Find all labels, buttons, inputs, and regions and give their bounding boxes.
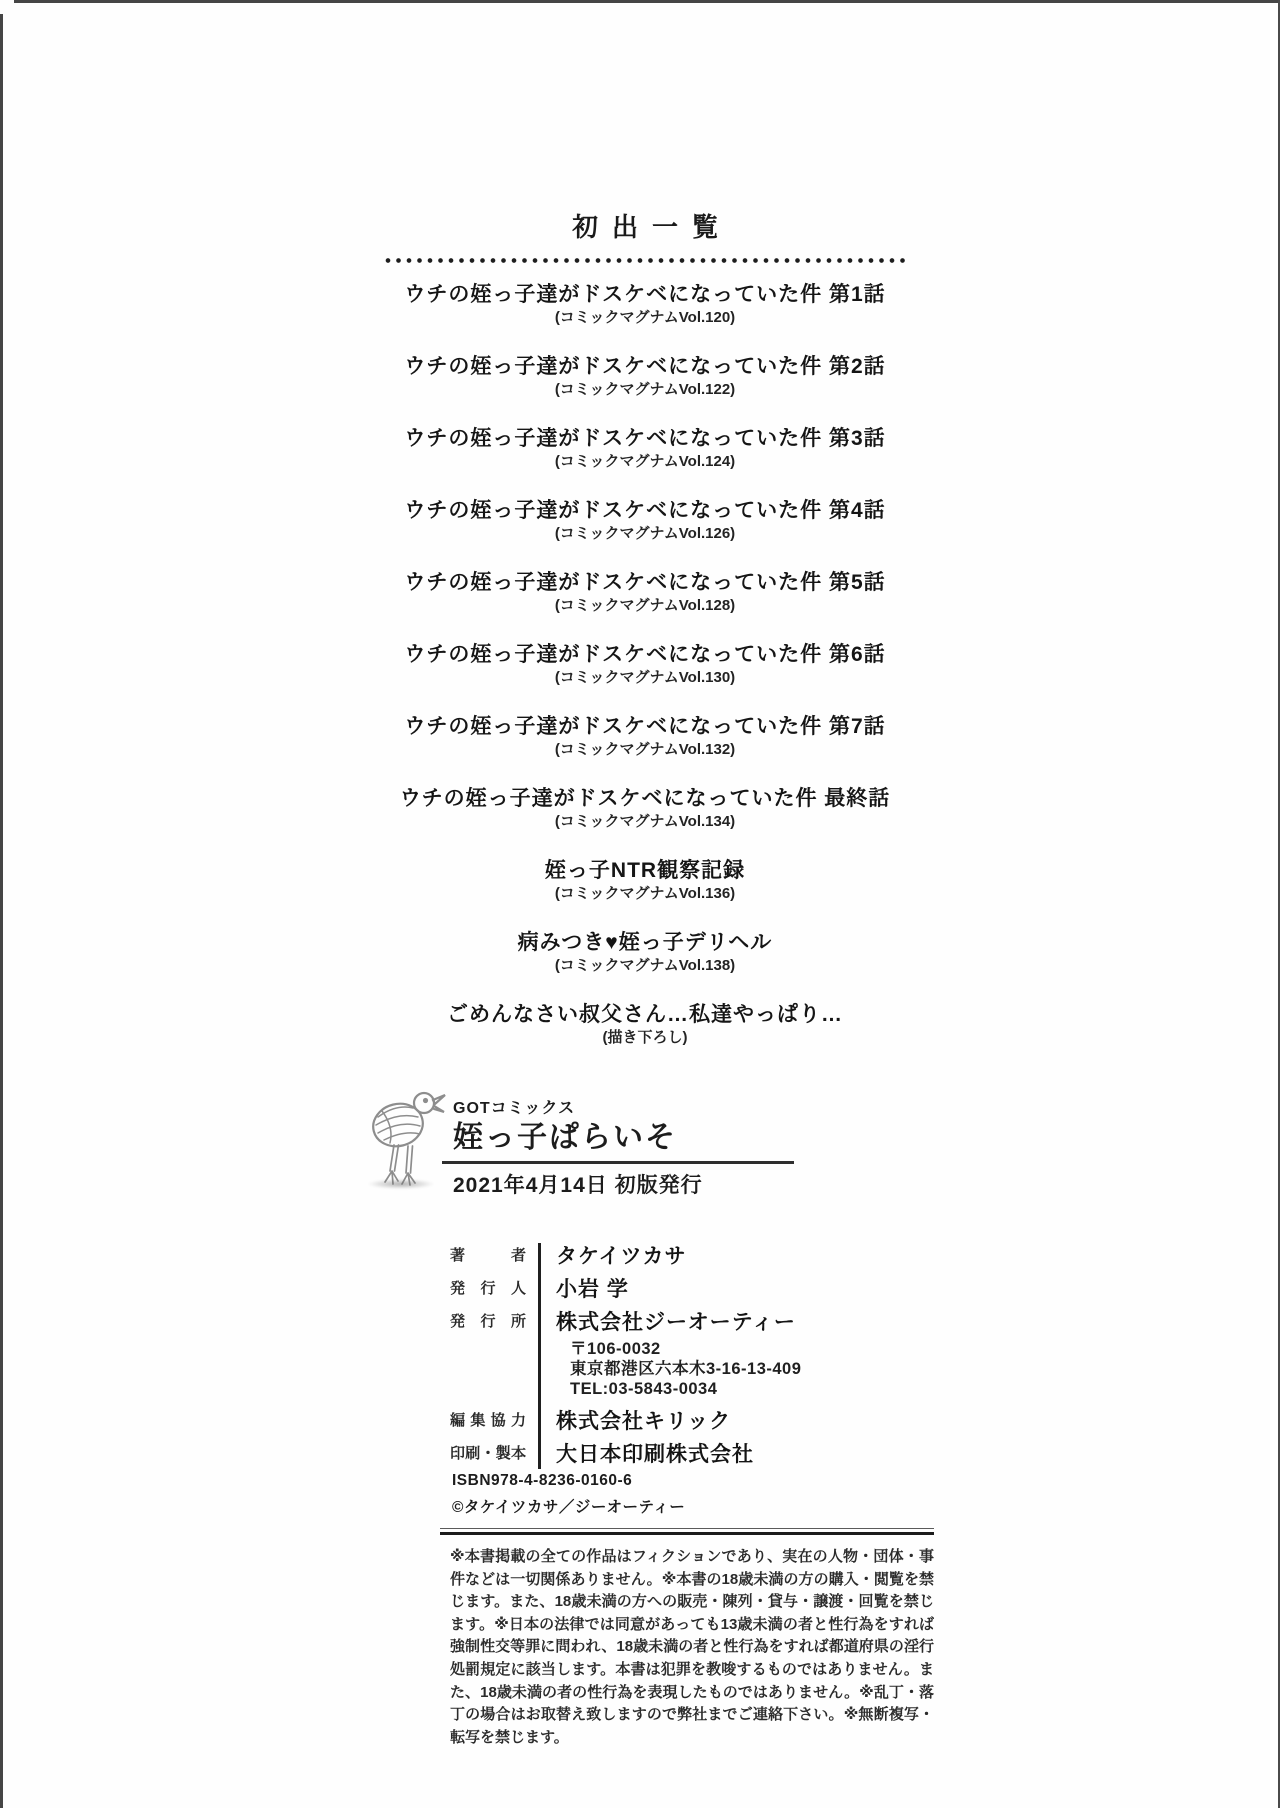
work-source: (コミックマグナムVol.138)	[10, 956, 1280, 976]
imprint-label: GOTコミックス	[453, 1099, 928, 1119]
dotted-divider	[384, 257, 906, 264]
publication-entries: ウチの姪っ子達がドスケベになっていた件 第1話 (コミックマグナムVol.120…	[10, 281, 1280, 1048]
work-title: ウチの姪っ子達がドスケベになっていた件 第4話	[10, 497, 1280, 524]
credit-label: 著者	[450, 1240, 526, 1265]
work-source: (コミックマグナムVol.126)	[10, 524, 1280, 544]
work-source: (コミックマグナムVol.122)	[10, 380, 1280, 400]
address-line: 東京都港区六本木3-16-13-409	[570, 1359, 801, 1379]
list-item: ウチの姪っ子達がドスケベになっていた件 第7話 (コミックマグナムVol.132…	[10, 713, 1280, 760]
credits-block: 著者 タケイツカサ 発行人 小岩 学 発行所 株式会社ジーオーティー 〒106-…	[450, 1240, 930, 1471]
bird-logo-shadow	[368, 1179, 434, 1189]
edition-date: 2021年4月14日 初版発行	[453, 1173, 928, 1199]
work-source: (コミックマグナムVol.136)	[10, 884, 1280, 904]
work-title: ウチの姪っ子達がドスケベになっていた件 第3話	[10, 425, 1280, 452]
credit-value: 株式会社キリック	[556, 1405, 731, 1438]
work-title: ウチの姪っ子達がドスケベになっていた件 第6話	[10, 641, 1280, 668]
list-item: ウチの姪っ子達がドスケベになっていた件 第3話 (コミックマグナムVol.124…	[10, 425, 1280, 472]
work-title: ごめんなさい叔父さん…私達やっぱり…	[10, 1001, 1280, 1028]
work-title: ウチの姪っ子達がドスケベになっていた件 第1話	[10, 281, 1280, 308]
work-source: (コミックマグナムVol.120)	[10, 308, 1280, 328]
work-title: ウチの姪っ子達がドスケベになっていた件 最終話	[10, 785, 1280, 812]
publisher-address: 〒106-0032 東京都港区六本木3-16-13-409 TEL:03-584…	[570, 1339, 801, 1399]
title-rule	[442, 1161, 794, 1164]
colophon-header: GOTコミックス 姪っ子ぱらいそ 2021年4月14日 初版発行	[368, 1085, 928, 1199]
work-source: (描き下ろし)	[10, 1028, 1280, 1048]
list-item: ごめんなさい叔父さん…私達やっぱり… (描き下ろし)	[10, 1001, 1280, 1048]
work-source: (コミックマグナムVol.128)	[10, 596, 1280, 616]
work-source: (コミックマグナムVol.134)	[10, 812, 1280, 832]
legal-disclaimer: ※本書掲載の全ての作品はフィクションであり、実在の人物・団体・事件などは一切関係…	[450, 1546, 934, 1749]
credit-row-editing: 編集協力 株式会社キリック	[450, 1405, 930, 1438]
list-item: ウチの姪っ子達がドスケベになっていた件 第6話 (コミックマグナムVol.130…	[10, 641, 1280, 688]
credit-row-publisher-person: 発行人 小岩 学	[450, 1273, 930, 1306]
isbn: ISBN978-4-8236-0160-6	[452, 1472, 632, 1490]
credit-value: 大日本印刷株式会社	[556, 1438, 754, 1471]
bird-logo-icon	[368, 1085, 446, 1187]
list-item: ウチの姪っ子達がドスケベになっていた件 最終話 (コミックマグナムVol.134…	[10, 785, 1280, 832]
credit-label: 発行人	[450, 1273, 526, 1298]
work-title: ウチの姪っ子達がドスケベになっていた件 第2話	[10, 353, 1280, 380]
work-title: 姪っ子NTR観察記録	[10, 857, 1280, 884]
work-source: (コミックマグナムVol.130)	[10, 668, 1280, 688]
list-item: ウチの姪っ子達がドスケベになっていた件 第5話 (コミックマグナムVol.128…	[10, 569, 1280, 616]
credit-value: 小岩 学	[556, 1273, 629, 1306]
credit-row-printing: 印刷・製本 大日本印刷株式会社	[450, 1438, 930, 1471]
book-title: 姪っ子ぱらいそ	[453, 1120, 928, 1156]
postal-code: 〒106-0032	[570, 1339, 801, 1359]
scan-edge-top	[14, 0, 1280, 3]
credit-label: 印刷・製本	[450, 1438, 526, 1463]
credit-label: 発行所	[450, 1306, 526, 1331]
page-title: 初出一覧	[10, 212, 1280, 242]
credit-value: 株式会社ジーオーティー	[556, 1306, 801, 1339]
list-item: ウチの姪っ子達がドスケベになっていた件 第2話 (コミックマグナムVol.122…	[10, 353, 1280, 400]
work-title: 病みつき♥姪っ子デリヘル	[10, 929, 1280, 956]
phone-line: TEL:03-5843-0034	[570, 1379, 801, 1399]
credit-label: 編集協力	[450, 1405, 526, 1430]
credit-value: タケイツカサ	[556, 1240, 687, 1273]
first-publication-list: 初出一覧 ウチの姪っ子達がドスケベになっていた件 第1話 (コミックマグナムVo…	[10, 212, 1280, 1073]
list-item: ウチの姪っ子達がドスケベになっていた件 第4話 (コミックマグナムVol.126…	[10, 497, 1280, 544]
scan-edge-left	[0, 14, 3, 1808]
work-source: (コミックマグナムVol.124)	[10, 452, 1280, 472]
colophon-page: 初出一覧 ウチの姪っ子達がドスケベになっていた件 第1話 (コミックマグナムVo…	[0, 0, 1280, 1808]
list-item: 姪っ子NTR観察記録 (コミックマグナムVol.136)	[10, 857, 1280, 904]
work-source: (コミックマグナムVol.132)	[10, 740, 1280, 760]
disclaimer-rule	[440, 1528, 934, 1535]
credit-row-publisher: 発行所 株式会社ジーオーティー 〒106-0032 東京都港区六本木3-16-1…	[450, 1306, 930, 1405]
work-title: ウチの姪っ子達がドスケベになっていた件 第5話	[10, 569, 1280, 596]
credit-row-author: 著者 タケイツカサ	[450, 1240, 930, 1273]
list-item: 病みつき♥姪っ子デリヘル (コミックマグナムVol.138)	[10, 929, 1280, 976]
list-item: ウチの姪っ子達がドスケベになっていた件 第1話 (コミックマグナムVol.120…	[10, 281, 1280, 328]
copyright-line: ©タケイツカサ／ジーオーティー	[452, 1495, 685, 1517]
work-title: ウチの姪っ子達がドスケベになっていた件 第7話	[10, 713, 1280, 740]
